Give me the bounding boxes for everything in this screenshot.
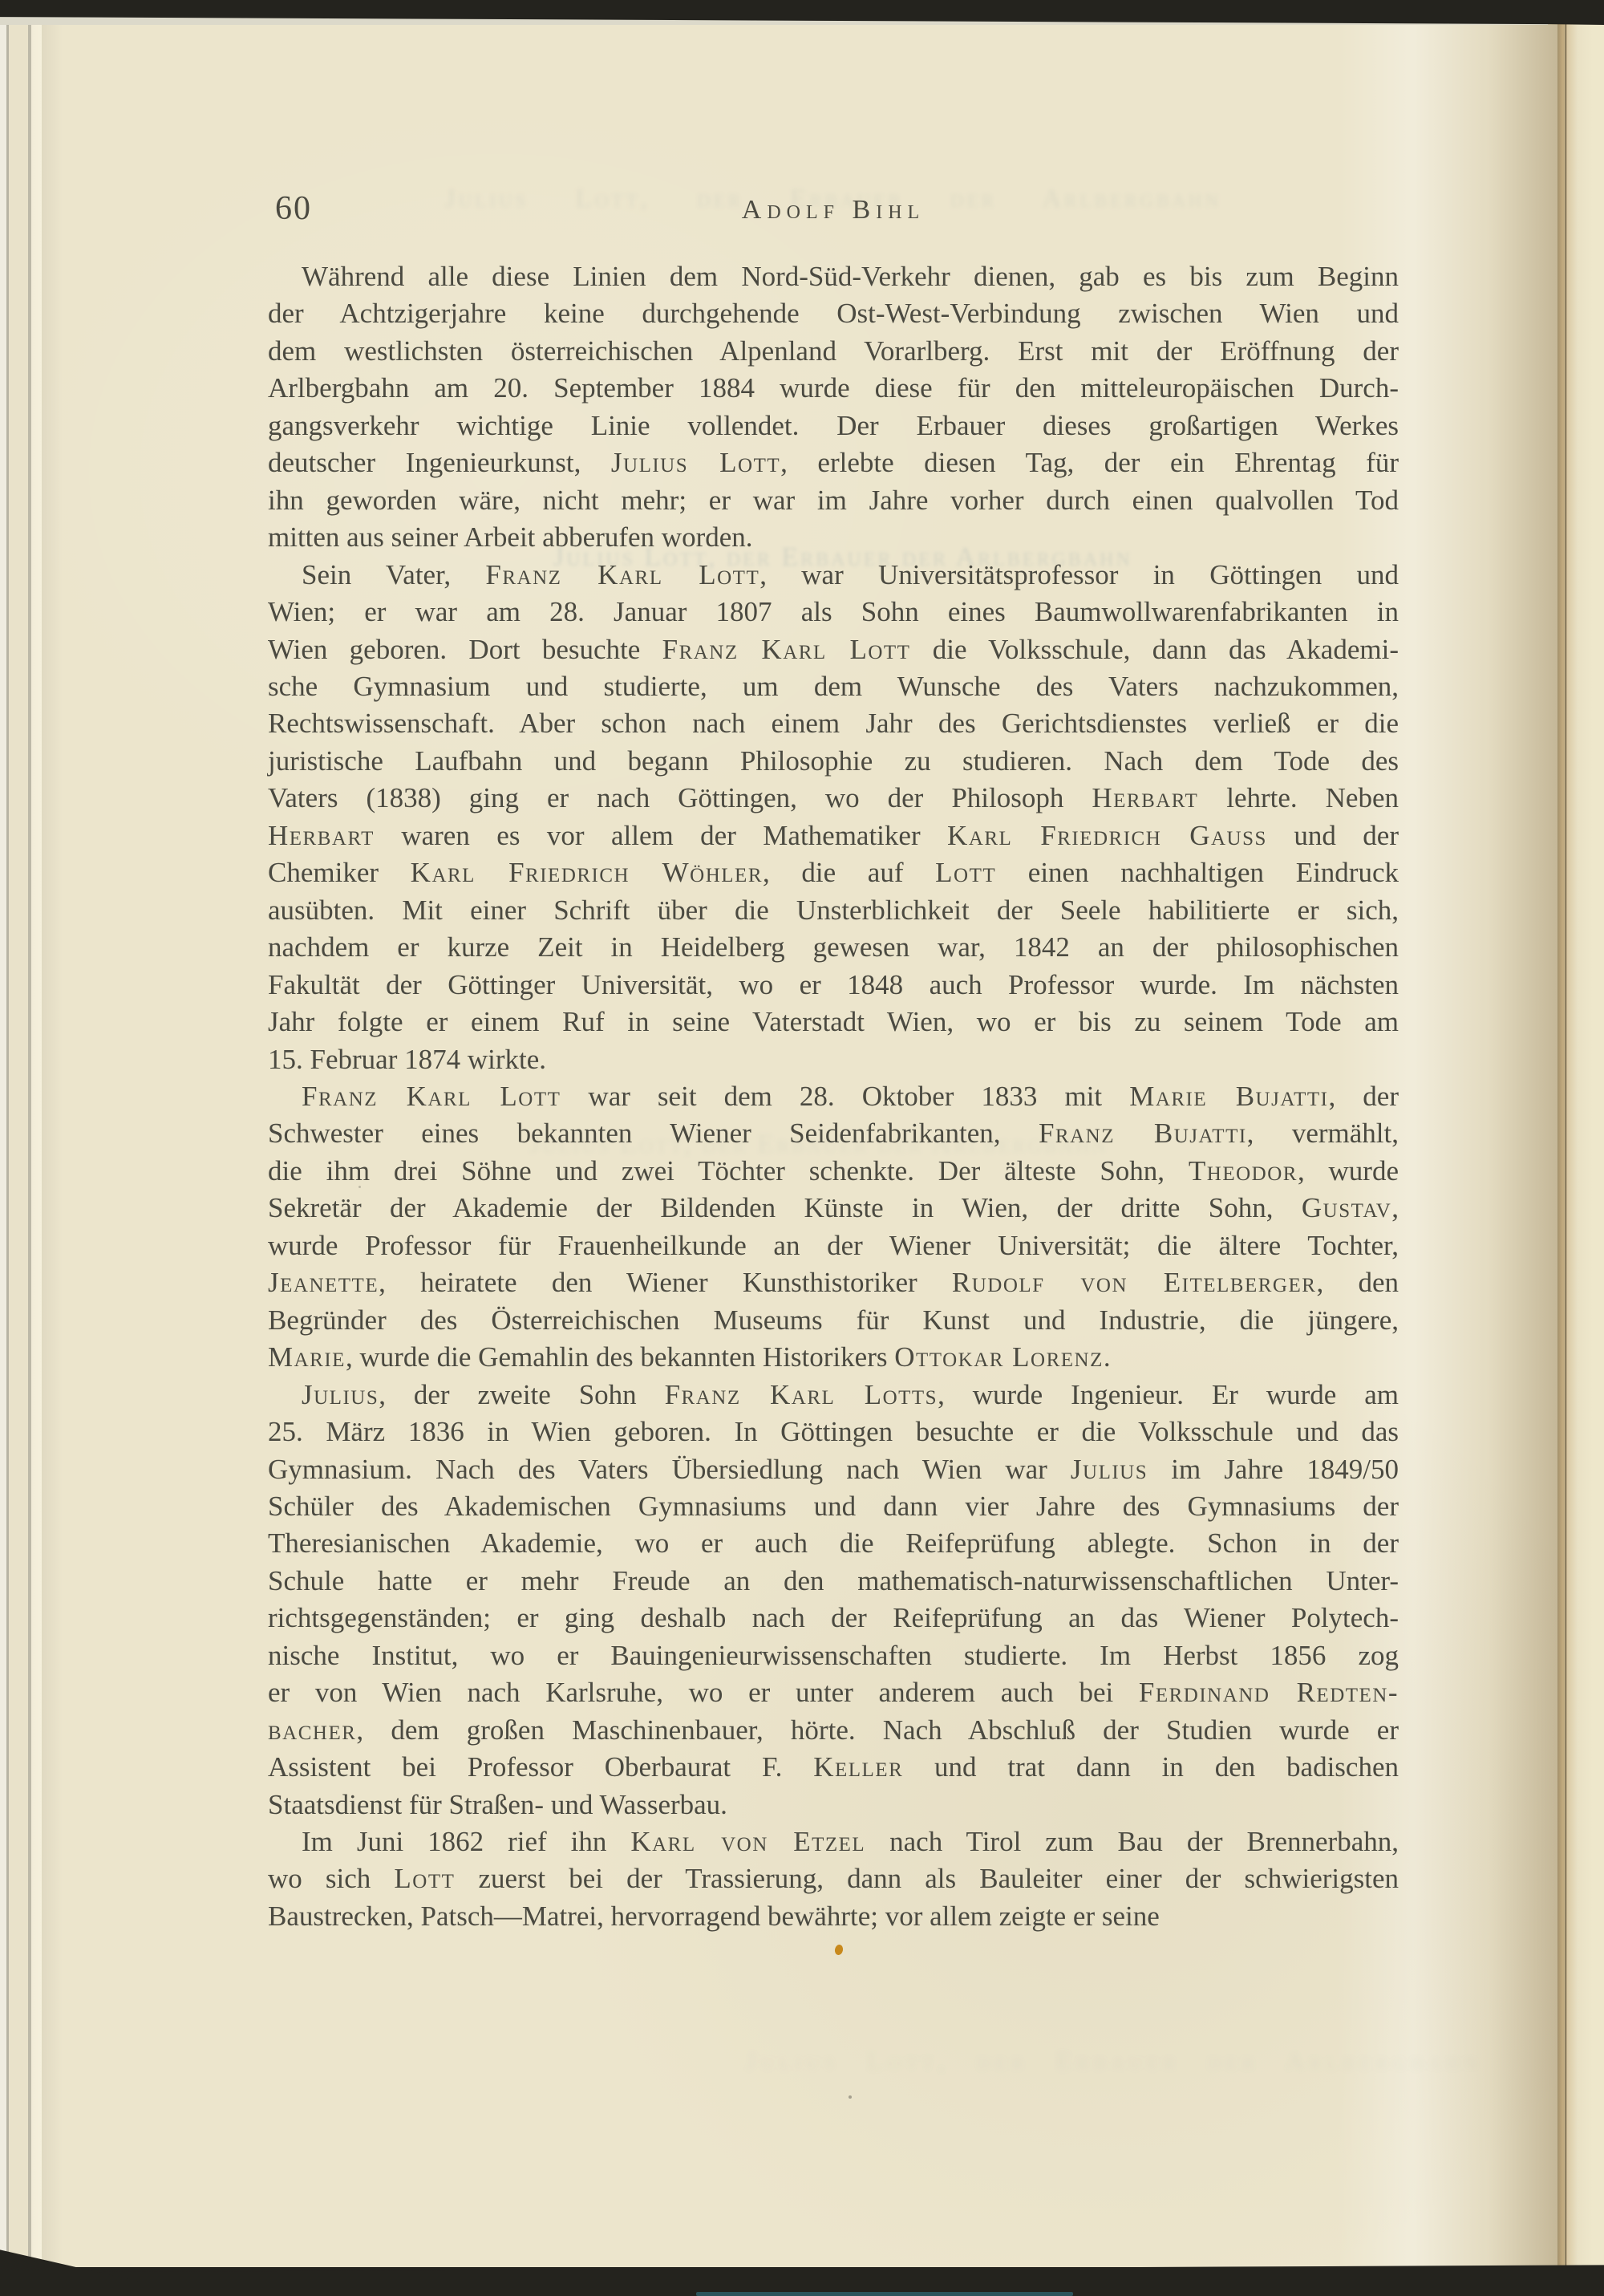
text-line: Baustrecken, Patsch—Matrei, hervorragend… (268, 1898, 1399, 1935)
paragraph: Julius, der zweite Sohn Franz Karl Lotts… (268, 1377, 1399, 1823)
text-line: der Achtzigerjahre keine durchgehende Os… (268, 295, 1399, 332)
text-line: Franz Karl Lott war seit dem 28. Oktober… (268, 1078, 1399, 1115)
text-line: Assistent bei Professor Oberbaurat F. Ke… (268, 1749, 1399, 1786)
text-line: er von Wien nach Karlsruhe, wo er unter … (268, 1674, 1399, 1711)
body-text: Während alle diese Linien dem Nord-Süd-V… (268, 258, 1399, 1935)
book-gutter-shadow (1557, 22, 1567, 2269)
text-line: Schwester eines bekannten Wiener Seidenf… (268, 1115, 1399, 1152)
text-line: Sein Vater, Franz Karl Lott, war Univers… (268, 557, 1399, 594)
text-line: mitten aus seiner Arbeit abberufen worde… (268, 519, 1399, 556)
text-line: Im Juni 1862 rief ihn Karl von Etzel nac… (268, 1823, 1399, 1860)
running-header: Adolf Bihl (268, 195, 1399, 225)
page-stack-edge-left (0, 21, 42, 2269)
text-line: Wien geboren. Dort besuchte Franz Karl L… (268, 631, 1399, 668)
text-line: juristische Laufbahn und begann Philosop… (268, 743, 1399, 780)
text-line: Staatsdienst für Straßen- und Wasserbau. (268, 1787, 1399, 1823)
text-line: Jeanette, heiratete den Wiener Kunsthist… (268, 1264, 1399, 1301)
text-line: Schule hatte er mehr Freude an den mathe… (268, 1563, 1399, 1600)
text-line: Jahr folgte er einem Ruf in seine Vaters… (268, 1004, 1399, 1041)
scan-edge-artifact (696, 2292, 1073, 2296)
text-line: die ihm drei Söhne und zwei Töchter sche… (268, 1153, 1399, 1190)
text-line: ausübten. Mit einer Schrift über die Uns… (268, 892, 1399, 929)
text-line: dem westlichsten österreichischen Alpenl… (268, 333, 1399, 370)
text-line: Fakultät der Göttinger Universität, wo e… (268, 967, 1399, 1004)
paragraph: Während alle diese Linien dem Nord-Süd-V… (268, 258, 1399, 557)
paper-speck (358, 1186, 361, 1188)
text-line: Chemiker Karl Friedrich Wöhler, die auf … (268, 854, 1399, 891)
text-line: 15. Februar 1874 wirkte. (268, 1041, 1399, 1078)
text-line: nachdem er kurze Zeit in Heidelberg gewe… (268, 929, 1399, 966)
text-line: Vaters (1838) ging er nach Göttingen, wo… (268, 780, 1399, 817)
book-scan: Julius Lott, der Erbauer der Arlbergbahn… (0, 0, 1604, 2296)
paragraph: Im Juni 1862 rief ihn Karl von Etzel nac… (268, 1823, 1399, 1935)
text-line: ihn geworden wäre, nicht mehr; er war im… (268, 482, 1399, 519)
text-line: nische Institut, wo er Bauingenieurwisse… (268, 1637, 1399, 1674)
text-line: Begründer des Österreichischen Museums f… (268, 1302, 1399, 1339)
text-line: Sekretär der Akademie der Bildenden Küns… (268, 1190, 1399, 1227)
text-line: Herbart waren es vor allem der Mathemati… (268, 817, 1399, 854)
text-line: bacher, dem großen Maschinenbauer, hörte… (268, 1712, 1399, 1749)
text-line: wo sich Lott zuerst bei der Trassierung,… (268, 1860, 1399, 1897)
text-line: gangsverkehr wichtige Linie vollendet. D… (268, 408, 1399, 444)
text-line: Wien; er war am 28. Januar 1807 als Sohn… (268, 594, 1399, 631)
scan-background-bottom (0, 2262, 1604, 2296)
text-line: 25. März 1836 in Wien geboren. In Göttin… (268, 1414, 1399, 1450)
text-line: sche Gymnasium und studierte, um dem Wun… (268, 668, 1399, 705)
text-line: Während alle diese Linien dem Nord-Süd-V… (268, 258, 1399, 295)
paper-speck (849, 2095, 852, 2099)
text-line: Theresianischen Akademie, wo er auch die… (268, 1525, 1399, 1562)
text-line: Julius, der zweite Sohn Franz Karl Lotts… (268, 1377, 1399, 1414)
text-line: Rechtswissenschaft. Aber schon nach eine… (268, 705, 1399, 742)
text-line: Schüler des Akademischen Gymnasiums und … (268, 1488, 1399, 1525)
text-line: Arlbergbahn am 20. September 1884 wurde … (268, 370, 1399, 407)
text-line: Marie, wurde die Gemahlin des bekannten … (268, 1339, 1399, 1376)
paragraph: Sein Vater, Franz Karl Lott, war Univers… (268, 557, 1399, 1078)
text-line: deutscher Ingenieurkunst, Julius Lott, e… (268, 444, 1399, 481)
text-line: wurde Professor für Frauenheilkunde an d… (268, 1227, 1399, 1264)
facing-page-edge (1566, 22, 1604, 2270)
paragraph: Franz Karl Lott war seit dem 28. Oktober… (268, 1078, 1399, 1377)
text-line: Gymnasium. Nach des Vaters Übersiedlung … (268, 1451, 1399, 1488)
text-line: richtsgegenständen; er ging deshalb nach… (268, 1600, 1399, 1637)
